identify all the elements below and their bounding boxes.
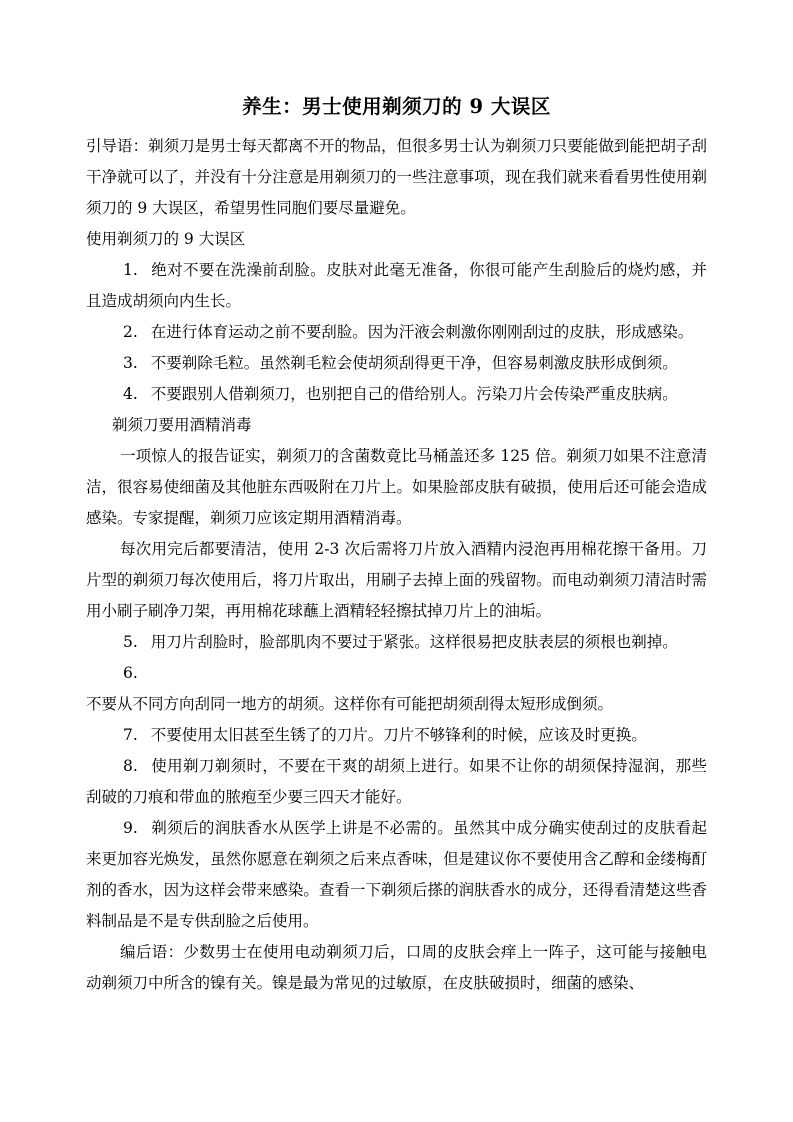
list-item-2: 2.在进行体育运动之前不要刮脸。因为汗液会刺激你刚刚刮过的皮肤，形成感染。 (86, 317, 707, 348)
list-number: 3. (123, 354, 138, 372)
paragraph-item-6-text: 不要从不同方向刮同一地方的胡须。这样你有可能把胡须刮得太短形成倒须。 (86, 689, 707, 720)
list-item-text: 剃须后的润肤香水从医学上讲是不必需的。虽然其中成分确实使刮过的皮肤看起来更加容光… (86, 819, 707, 930)
document-page: 养生：男士使用剃须刀的 9 大误区 引导语：剃须刀是男士每天都离不开的物品，但很… (0, 0, 793, 1122)
paragraph-text: 编后语：少数男士在使用电动剃须刀后，口周的皮肤会痒上一阵子，这可能与接触电动剃须… (86, 943, 707, 992)
list-item-3: 3.不要剃除毛粒。虽然剃毛粒会使胡须刮得更干净，但容易刺激皮肤形成倒须。 (86, 348, 707, 379)
paragraph-cleaning-method: 每次用完后都要清洁，使用 2-3 次后需将刀片放入酒精内浸泡再用棉花擦干备用。刀… (86, 534, 707, 627)
list-number: 5. (123, 633, 138, 651)
paragraph-text: 每次用完后都要清洁，使用 2-3 次后需将刀片放入酒精内浸泡再用棉花擦干备用。刀… (86, 540, 707, 620)
paragraph-text: 使用剃须刀的 9 大误区 (86, 230, 245, 248)
paragraph-text: 不要从不同方向刮同一地方的胡须。这样你有可能把胡须刮得太短形成倒须。 (86, 695, 613, 713)
document-title: 养生：男士使用剃须刀的 9 大误区 (86, 90, 707, 124)
list-item-text: 用刀片刮脸时，脸部肌肉不要过于紧张。这样很易把皮肤表层的须根也剃掉。 (151, 633, 678, 651)
subheading-alcohol-disinfect: 剃须刀要用酒精消毒 (86, 410, 707, 441)
editor-note: 编后语：少数男士在使用电动剃须刀后，口周的皮肤会痒上一阵子，这可能与接触电动剃须… (86, 937, 707, 999)
list-item-text: 不要使用太旧甚至生锈了的刀片。刀片不够锋利的时候，应该及时更换。 (151, 726, 647, 744)
paragraph-text: 剃须刀要用酒精消毒 (112, 416, 252, 434)
list-number: 6. (123, 664, 138, 682)
intro-paragraph: 引导语：剃须刀是男士每天都离不开的物品，但很多男士认为剃须刀只要能做到能把胡子刮… (86, 131, 707, 224)
list-item-text: 在进行体育运动之前不要刮脸。因为汗液会刺激你刚刚刮过的皮肤，形成感染。 (151, 323, 694, 341)
list-item-8: 8.使用剃刀剃须时，不要在干爽的胡须上进行。如果不让你的胡须保持湿润，那些刮破的… (86, 751, 707, 813)
list-item-text: 绝对不要在洗澡前刮脸。皮肤对此毫无准备，你很可能产生刮脸后的烧灼感，并且造成胡须… (86, 261, 707, 310)
list-number: 8. (123, 757, 138, 775)
list-item-1: 1.绝对不要在洗澡前刮脸。皮肤对此毫无准备，你很可能产生刮脸后的烧灼感，并且造成… (86, 255, 707, 317)
list-number: 2. (123, 323, 138, 341)
list-number: 1. (123, 261, 138, 279)
list-item-9: 9.剃须后的润肤香水从医学上讲是不必需的。虽然其中成分确实使刮过的皮肤看起来更加… (86, 813, 707, 937)
section-heading: 使用剃须刀的 9 大误区 (86, 224, 707, 255)
paragraph-text: 一项惊人的报告证实，剃须刀的含菌数竟比马桶盖还多 125 倍。剃须刀如果不注意清… (86, 447, 707, 527)
paragraph-text: 引导语：剃须刀是男士每天都离不开的物品，但很多男士认为剃须刀只要能做到能把胡子刮… (86, 137, 707, 217)
list-item-text: 不要跟别人借剃须刀，也别把自己的借给别人。污染刀片会传染严重皮肤病。 (151, 385, 678, 403)
list-item-6: 6. (86, 658, 707, 689)
list-item-5: 5.用刀片刮脸时，脸部肌肉不要过于紧张。这样很易把皮肤表层的须根也剃掉。 (86, 627, 707, 658)
list-item-7: 7.不要使用太旧甚至生锈了的刀片。刀片不够锋利的时候，应该及时更换。 (86, 720, 707, 751)
list-item-text: 使用剃刀剃须时，不要在干爽的胡须上进行。如果不让你的胡须保持湿润，那些刮破的刀痕… (86, 757, 707, 806)
paragraph-germ-report: 一项惊人的报告证实，剃须刀的含菌数竟比马桶盖还多 125 倍。剃须刀如果不注意清… (86, 441, 707, 534)
list-item-4: 4.不要跟别人借剃须刀，也别把自己的借给别人。污染刀片会传染严重皮肤病。 (86, 379, 707, 410)
list-number: 4. (123, 385, 138, 403)
list-number: 9. (123, 819, 138, 837)
list-number: 7. (123, 726, 138, 744)
list-item-text: 不要剃除毛粒。虽然剃毛粒会使胡须刮得更干净，但容易刺激皮肤形成倒须。 (151, 354, 678, 372)
